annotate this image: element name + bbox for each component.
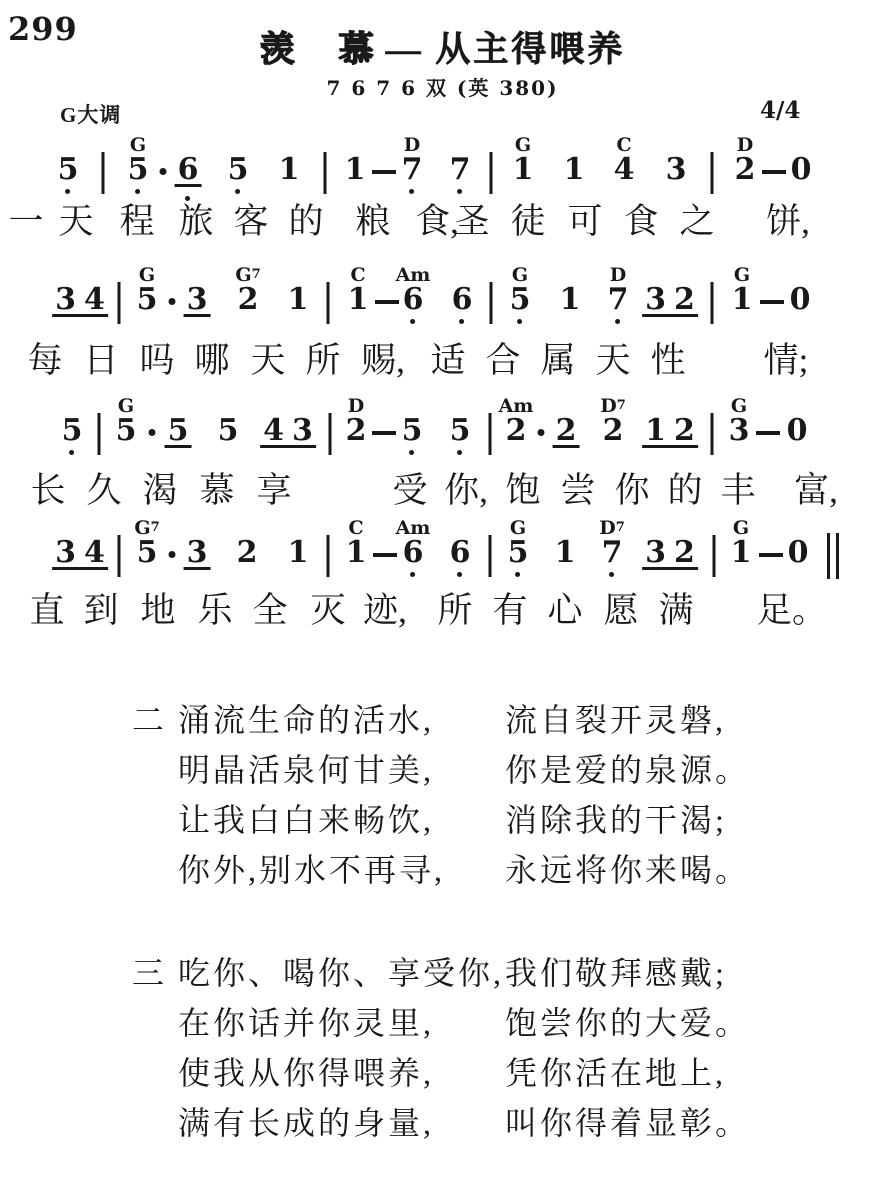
lyric-char: 所 <box>305 343 340 380</box>
verse-line-right: 你是爱的泉源。 <box>505 753 750 788</box>
note: 4C <box>614 155 635 185</box>
note: 3 <box>666 155 687 185</box>
lyric-char: 到 <box>83 593 118 630</box>
note-digit: 1 <box>555 538 576 568</box>
note: 5G <box>508 538 529 568</box>
note-digit: 1 <box>731 538 752 568</box>
note: 2 <box>237 538 258 568</box>
note: 0 <box>788 538 809 568</box>
barline <box>118 535 121 577</box>
note-underline <box>642 445 698 448</box>
note: 6 <box>452 285 473 315</box>
verse-line-right: 消除我的干渴; <box>505 803 727 838</box>
chord-label: D <box>737 136 753 155</box>
low-octave-dot <box>410 450 415 455</box>
note-digit: 2 <box>238 285 259 315</box>
lyric-char: 饼, <box>766 204 810 241</box>
barline <box>102 152 105 194</box>
lyric-char: 丰 <box>720 473 755 510</box>
chord-label: G <box>515 136 531 155</box>
lyric-char: 适 <box>430 343 465 380</box>
verse-line-right: 永远将你来喝。 <box>505 853 750 888</box>
verse-number: 二 <box>132 703 167 738</box>
lyric-char: 所 <box>437 593 472 630</box>
lyric-char: 属 <box>540 343 575 380</box>
note-digit: 1 <box>348 285 369 315</box>
note-digit: 7 <box>450 155 471 185</box>
chord-root: G <box>734 264 750 286</box>
chord-label: C <box>616 136 631 155</box>
note: 7 <box>450 155 471 185</box>
sustain-dash <box>372 431 396 435</box>
low-octave-dot <box>186 196 191 201</box>
lyric-char: 一 <box>8 204 43 241</box>
note-digit: 5 <box>128 155 149 185</box>
note-underline <box>175 184 202 187</box>
lyric-char: 性 <box>650 343 685 380</box>
chord-root: G <box>139 264 155 286</box>
note-digit: 32 <box>645 538 703 568</box>
note-digit: 2 <box>346 416 367 446</box>
chord-label: D7 <box>599 519 625 538</box>
chord-root: D <box>600 395 616 417</box>
low-octave-dot <box>136 189 141 194</box>
note-digit: 5 <box>137 538 158 568</box>
key-signature: G大调 <box>60 99 121 129</box>
lyric-char: 旅 <box>178 204 213 241</box>
low-octave-dot <box>610 572 615 577</box>
note-digit: 6 <box>403 285 424 315</box>
note-digit: 2 <box>237 538 258 568</box>
note: 1 <box>288 285 309 315</box>
note: 7D <box>608 285 629 315</box>
chord-label: G7 <box>235 266 260 285</box>
low-octave-dot <box>458 572 463 577</box>
low-octave-dot <box>411 319 416 324</box>
note-digit: 5 <box>508 538 529 568</box>
lyric-char: 的 <box>288 204 323 241</box>
note-underline <box>52 314 108 317</box>
note-digit: 2 <box>735 155 756 185</box>
note: 5 <box>450 416 471 446</box>
note-digit: 5 <box>137 285 158 315</box>
lyric-char: 食, <box>415 204 459 241</box>
low-octave-dot <box>411 572 416 577</box>
note: 5 <box>218 416 239 446</box>
low-octave-dot <box>236 189 241 194</box>
lyric-char: 饱 <box>505 473 540 510</box>
chord-label: D7 <box>600 397 626 416</box>
barline <box>489 535 492 577</box>
augmentation-dot <box>160 168 167 175</box>
lyric-char: 灭 <box>310 593 345 630</box>
chord-root: C <box>348 517 363 539</box>
note-digit: 32 <box>645 285 703 315</box>
lyric-char: 久 <box>86 473 121 510</box>
lyric-char: 你 <box>614 473 649 510</box>
note: 3G <box>729 416 750 446</box>
lyric-char: 哪 <box>194 343 229 380</box>
chord-label: Am <box>396 519 431 538</box>
note: 5 <box>62 416 83 446</box>
lyric-char: 情; <box>764 343 809 380</box>
note-digit: 2 <box>506 416 527 446</box>
note: 5 <box>58 155 79 185</box>
note: 2D7 <box>603 416 624 446</box>
lyric-char: 程 <box>119 204 154 241</box>
verse-line-left: 在你话并你灵里, <box>178 1006 434 1041</box>
sustain-dash <box>373 553 397 557</box>
note-digit: 1 <box>732 285 753 315</box>
note: 12 <box>645 416 695 446</box>
chord-quality: 7 <box>252 267 261 282</box>
note-underline <box>260 445 316 448</box>
augmentation-dot <box>169 298 176 305</box>
note: 3 <box>187 538 208 568</box>
lyric-char: 食 <box>623 204 658 241</box>
low-octave-dot <box>458 450 463 455</box>
chord-root: C <box>616 134 631 156</box>
verse-line-left: 让我白白来畅饮, <box>178 803 434 838</box>
note: 6 <box>450 538 471 568</box>
lyric-char: 天 <box>250 343 285 380</box>
note: 5G7 <box>137 538 158 568</box>
note-digit: 43 <box>263 416 321 446</box>
lyric-char: 迹, <box>363 593 407 630</box>
note: 2D <box>735 155 756 185</box>
sustain-dash <box>375 300 399 304</box>
note-underline <box>184 314 211 317</box>
note-digit: 2 <box>603 416 624 446</box>
chord-label: G <box>734 266 750 285</box>
barline <box>98 413 101 455</box>
lyric-char: 圣 <box>454 204 489 241</box>
chord-label: G <box>512 266 528 285</box>
chord-quality: 7 <box>616 520 625 535</box>
note: 7D <box>402 155 423 185</box>
lyric-char: 受 <box>392 473 427 510</box>
chord-root: G <box>731 395 747 417</box>
augmentation-dot <box>149 429 156 436</box>
chord-root: G <box>510 517 526 539</box>
note-underline <box>553 445 580 448</box>
low-octave-dot <box>458 189 463 194</box>
chord-quality: 7 <box>617 398 626 413</box>
note-digit: 7 <box>602 538 623 568</box>
chord-label: D <box>610 266 626 285</box>
note-digit: 5 <box>402 416 423 446</box>
note: 6 <box>178 155 199 185</box>
note-digit: 1 <box>513 155 534 185</box>
note: 5 <box>402 416 423 446</box>
chord-label: G <box>118 397 134 416</box>
note: 5G <box>116 416 137 446</box>
note-digit: 1 <box>346 538 367 568</box>
chord-label: G <box>139 266 155 285</box>
note: 1C <box>348 285 369 315</box>
chord-root: G <box>515 134 531 156</box>
note: 32 <box>645 285 695 315</box>
note-digit: 1 <box>288 538 309 568</box>
note: 5 <box>228 155 249 185</box>
note-underline <box>165 445 192 448</box>
note: 34 <box>55 538 105 568</box>
lyric-char: 渴 <box>142 473 177 510</box>
lyric-char: 合 <box>485 343 520 380</box>
lyric-char: 客 <box>233 204 268 241</box>
hymn-sheet-page: 299 羡慕— 从主得喂养 7 6 7 6 双 (英 380) G大调 4/4 … <box>0 0 885 1195</box>
lyric-char: 富, <box>794 473 838 510</box>
verse-line-left: 吃你、喝你、享受你, <box>178 956 504 991</box>
chord-root: G <box>134 517 150 539</box>
note-digit: 3 <box>729 416 750 446</box>
barline <box>711 152 714 194</box>
chord-root: G <box>130 134 146 156</box>
chord-root: D <box>737 134 753 156</box>
chord-root: G <box>733 517 749 539</box>
chord-label: Am <box>396 266 431 285</box>
sustain-dash <box>372 170 396 174</box>
note-digit: 5 <box>228 155 249 185</box>
note-digit: 1 <box>279 155 300 185</box>
verse-line-right: 我们敬拜感戴; <box>505 956 727 991</box>
note: 5 <box>168 416 189 446</box>
note-underline <box>52 567 108 570</box>
hymn-title-subtitle: — 从主得喂养 <box>386 30 626 69</box>
note: 1 <box>288 538 309 568</box>
augmentation-dot <box>169 551 176 558</box>
lyric-char: 足。 <box>757 593 827 630</box>
note-underline <box>642 567 698 570</box>
note-digit: 2 <box>556 416 577 446</box>
note: 1 <box>560 285 581 315</box>
note-digit: 34 <box>55 285 113 315</box>
low-octave-dot <box>460 319 465 324</box>
note-digit: 0 <box>790 285 811 315</box>
barline <box>489 413 492 455</box>
lyric-char: 慕 <box>199 473 234 510</box>
note: 32 <box>645 538 695 568</box>
note-digit: 6 <box>450 538 471 568</box>
chord-root: C <box>350 264 365 286</box>
low-octave-dot <box>616 319 621 324</box>
verse-line-left: 明晶活泉何甘美, <box>178 753 434 788</box>
hymn-title: 羡慕— 从主得喂养 <box>0 22 885 72</box>
note-digit: 34 <box>55 538 113 568</box>
chord-root: G <box>118 395 134 417</box>
note-digit: 7 <box>608 285 629 315</box>
verse-number: 三 <box>132 956 167 991</box>
note: 1 <box>279 155 300 185</box>
sustain-dash <box>756 431 780 435</box>
note-digit: 3 <box>187 538 208 568</box>
lyric-char: 满 <box>658 593 693 630</box>
barline <box>329 413 332 455</box>
note: 1G <box>732 285 753 315</box>
low-octave-dot <box>66 189 71 194</box>
lyric-char: 地 <box>140 593 175 630</box>
lyric-char: 愿 <box>603 593 638 630</box>
lyric-char: 赐, <box>361 343 405 380</box>
note: 5G <box>137 285 158 315</box>
note: 43 <box>263 416 313 446</box>
chord-label: G <box>510 519 526 538</box>
note: 34 <box>55 285 105 315</box>
lyric-char: 天 <box>58 204 93 241</box>
augmentation-dot <box>538 429 545 436</box>
chord-label: G7 <box>134 519 159 538</box>
lyric-char: 心 <box>547 593 582 630</box>
final-barline <box>827 533 839 579</box>
chord-label: G <box>731 397 747 416</box>
verse-line-right: 饱尝你的大爱。 <box>505 1006 750 1041</box>
note: 1 <box>564 155 585 185</box>
note: 2D <box>346 416 367 446</box>
chord-label: C <box>348 519 363 538</box>
chord-root: G <box>512 264 528 286</box>
note: 1C <box>346 538 367 568</box>
chord-label: C <box>350 266 365 285</box>
chord-root: D <box>599 517 615 539</box>
note: 1G <box>731 538 752 568</box>
meter-and-reference: 7 6 7 6 双 (英 380) <box>0 72 885 101</box>
lyric-char: 粮 <box>355 204 390 241</box>
note-digit: 5 <box>58 155 79 185</box>
chord-label: D <box>348 397 364 416</box>
note: 0 <box>790 285 811 315</box>
note-digit: 5 <box>116 416 137 446</box>
lyric-char: 徒 <box>510 204 545 241</box>
note: 5G <box>510 285 531 315</box>
chord-root: Am <box>396 264 431 286</box>
verse-line-right: 凭你活在地上, <box>505 1056 726 1091</box>
note: 0 <box>791 155 812 185</box>
chord-label: G <box>733 519 749 538</box>
note: 1G <box>513 155 534 185</box>
note-digit: 0 <box>788 538 809 568</box>
lyric-char: 乐 <box>197 593 232 630</box>
note-digit: 0 <box>787 416 808 446</box>
sustain-dash <box>760 300 784 304</box>
barline <box>711 413 714 455</box>
note: 2 <box>556 416 577 446</box>
note-digit: 1 <box>560 285 581 315</box>
note-digit: 7 <box>402 155 423 185</box>
lyric-char: 之 <box>679 204 714 241</box>
lyric-char: 全 <box>252 593 287 630</box>
lyric-char: 日 <box>83 343 118 380</box>
low-octave-dot <box>518 319 523 324</box>
verse-line-right: 流自裂开灵磐, <box>505 703 726 738</box>
note-underline <box>184 567 211 570</box>
note: 6Am <box>403 538 424 568</box>
low-octave-dot <box>410 189 415 194</box>
lyric-char: 你, <box>444 473 488 510</box>
barline <box>324 152 327 194</box>
note-digit: 5 <box>450 416 471 446</box>
note: 0 <box>787 416 808 446</box>
note-digit: 1 <box>345 155 366 185</box>
barline <box>327 282 330 324</box>
chord-quality: 7 <box>151 520 160 535</box>
note-digit: 3 <box>666 155 687 185</box>
sustain-dash <box>762 170 786 174</box>
note: 1 <box>345 155 366 185</box>
verse-line-left: 满有长成的身量, <box>178 1106 434 1141</box>
barline <box>490 282 493 324</box>
chord-root: D <box>348 395 364 417</box>
note-digit: 6 <box>178 155 199 185</box>
note: 1 <box>555 538 576 568</box>
lyric-char: 天 <box>595 343 630 380</box>
note-digit: 1 <box>288 285 309 315</box>
lyric-char: 尝 <box>560 473 595 510</box>
note-digit: 4 <box>614 155 635 185</box>
note-digit: 5 <box>218 416 239 446</box>
barline <box>327 535 330 577</box>
barline <box>118 282 121 324</box>
note-digit: 5 <box>510 285 531 315</box>
sustain-dash <box>759 553 783 557</box>
chord-label: G <box>130 136 146 155</box>
note-digit: 1 <box>564 155 585 185</box>
note-underline <box>642 314 698 317</box>
barline <box>490 152 493 194</box>
chord-root: D <box>404 134 420 156</box>
time-signature: 4/4 <box>760 97 800 124</box>
chord-label: Am <box>499 397 534 416</box>
note: 3 <box>187 285 208 315</box>
verse-line-right: 叫你得着显彰。 <box>505 1106 750 1141</box>
note: 2G7 <box>238 285 259 315</box>
chord-label: D <box>404 136 420 155</box>
chord-root: G <box>235 264 251 286</box>
low-octave-dot <box>516 572 521 577</box>
note-digit: 6 <box>452 285 473 315</box>
low-octave-dot <box>70 450 75 455</box>
lyric-char: 享 <box>256 473 291 510</box>
note-digit: 3 <box>187 285 208 315</box>
note-digit: 5 <box>62 416 83 446</box>
verse-line-left: 使我从你得喂养, <box>178 1056 434 1091</box>
chord-root: D <box>610 264 626 286</box>
note: 2Am <box>506 416 527 446</box>
note-digit: 5 <box>168 416 189 446</box>
barline <box>713 535 716 577</box>
lyric-char: 长 <box>30 473 65 510</box>
lyric-char: 可 <box>567 204 602 241</box>
lyric-char: 直 <box>29 593 64 630</box>
note: 5G <box>128 155 149 185</box>
note-digit: 6 <box>403 538 424 568</box>
note-digit: 12 <box>645 416 703 446</box>
lyric-char: 有 <box>492 593 527 630</box>
note-digit: 0 <box>791 155 812 185</box>
chord-root: Am <box>396 517 431 539</box>
lyric-char: 每 <box>27 343 62 380</box>
note: 6Am <box>403 285 424 315</box>
lyric-char: 的 <box>667 473 702 510</box>
chord-root: Am <box>499 395 534 417</box>
note: 7D7 <box>602 538 623 568</box>
lyric-char: 吗 <box>139 343 174 380</box>
verse-line-left: 你外,别水不再寻, <box>178 853 445 888</box>
verse-line-left: 涌流生命的活水, <box>178 703 434 738</box>
barline <box>711 282 714 324</box>
